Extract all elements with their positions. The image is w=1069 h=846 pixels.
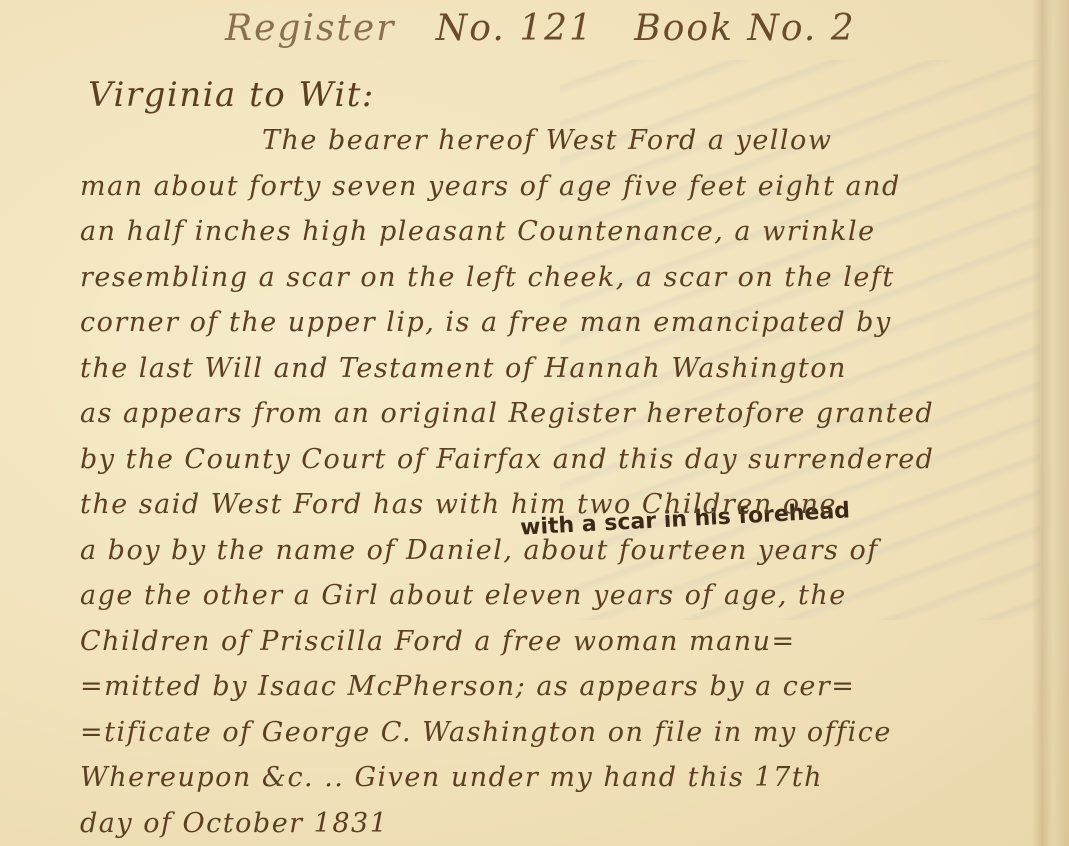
text-line-16: day of October 1831	[80, 808, 388, 839]
register-header: Register No. 121 Book No. 2	[225, 8, 856, 49]
text-line-15: Whereupon &c. .. Given under my hand thi…	[80, 762, 823, 793]
text-line-4: resembling a scar on the left cheek, a s…	[80, 262, 895, 293]
text-line-1: The bearer hereof West Ford a yellow	[262, 125, 832, 156]
text-line-12: Children of Priscilla Ford a free woman …	[80, 626, 796, 657]
text-line-10: a boy by the name of Daniel, about fourt…	[80, 535, 879, 566]
text-line-9: the said West Ford has with him two Chil…	[80, 489, 837, 520]
text-line-8: by the County Court of Fairfax and this …	[80, 444, 934, 475]
text-line-13: =mitted by Isaac McPherson; as appears b…	[80, 671, 855, 702]
text-line-3: an half inches high pleasant Countenance…	[80, 216, 876, 247]
text-line-11: age the other a Girl about eleven years …	[80, 580, 847, 611]
text-line-5: corner of the upper lip, is a free man e…	[80, 307, 892, 338]
text-line-14: =tificate of George C. Washington on fil…	[80, 717, 892, 748]
salutation: Virginia to Wit:	[88, 75, 375, 115]
text-line-7: as appears from an original Register her…	[80, 398, 934, 429]
register-label: Register	[225, 8, 395, 49]
manuscript-page: Register No. 121 Book No. 2 Virginia to …	[0, 0, 1069, 846]
register-number: No. 121	[436, 8, 594, 49]
book-label: Book No. 2	[634, 8, 855, 49]
text-line-2: man about forty seven years of age five …	[80, 171, 901, 202]
text-line-6: the last Will and Testament of Hannah Wa…	[80, 353, 847, 384]
